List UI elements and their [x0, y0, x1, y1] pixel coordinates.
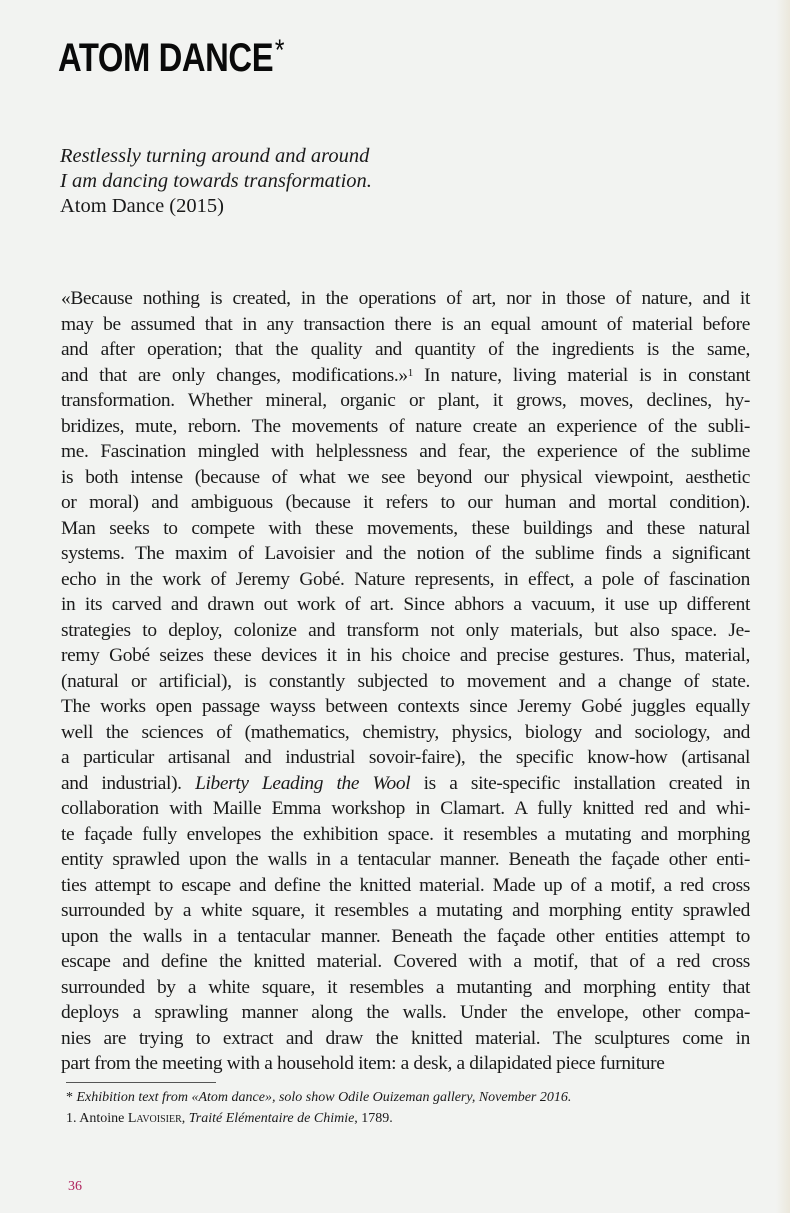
body-line-text: bridizes, mute, reborn. The movements of…: [61, 416, 750, 437]
page-title: ATOM DANCE*: [58, 38, 284, 78]
body-line: in its carved and drawn out work of art.…: [61, 592, 750, 618]
epigraph-attribution: Atom Dance (2015): [60, 194, 372, 219]
body-line-text: is both intense (because of what we see …: [61, 467, 750, 488]
body-line: is both intense (because of what we see …: [61, 465, 750, 491]
body-line-text: upon the walls in a tentacular manner. B…: [61, 926, 750, 947]
footnote-1-title: Traité Elémentaire de Chimie: [189, 1111, 355, 1126]
body-line: upon the walls in a tentacular manner. B…: [61, 924, 750, 950]
body-line-text: The works open passage wayss between con…: [61, 696, 750, 717]
body-line-text: surrounded by a white square, it resembl…: [61, 977, 750, 998]
body-line-text: strategies to deploy, colonize and trans…: [61, 620, 750, 641]
body-line-text: (natural or artificial), is constantly s…: [61, 671, 750, 692]
body-line: The works open passage wayss between con…: [61, 694, 750, 720]
page-number: 36: [68, 1179, 82, 1195]
body-line-text: In nature, living material is in constan…: [413, 365, 750, 386]
body-line: may be assumed that in any transaction t…: [61, 312, 750, 338]
body-line-text: part from the meeting with a household i…: [61, 1053, 664, 1074]
body-line: and after operation; that the quality an…: [61, 337, 750, 363]
footnote-1-number: 1.: [66, 1111, 77, 1126]
body-line-text: may be assumed that in any transaction t…: [61, 314, 750, 335]
body-line: well the sciences of (mathematics, chemi…: [61, 720, 750, 746]
footnote-1-author-first: Antoine: [79, 1111, 124, 1126]
title-footnote-marker: *: [275, 34, 284, 67]
body-line: systems. The maxim of Lavoisier and the …: [61, 541, 750, 567]
body-line: te façade fully envelopes the exhibition…: [61, 822, 750, 848]
body-line-text: «Because nothing is created, in the oper…: [61, 288, 750, 309]
body-line: and industrial). Liberty Leading the Woo…: [61, 771, 750, 797]
body-line: part from the meeting with a household i…: [61, 1051, 750, 1077]
body-line-text: te façade fully envelopes the exhibition…: [61, 824, 750, 845]
footnote-reference[interactable]: 1: [408, 367, 413, 379]
body-line: (natural or artificial), is constantly s…: [61, 669, 750, 695]
epigraph: Restlessly turning around and around I a…: [60, 144, 372, 219]
footnotes: * Exhibition text from «Atom dance», sol…: [66, 1087, 571, 1129]
body-line: Man seeks to compete with these movement…: [61, 516, 750, 542]
body-line-text: Man seeks to compete with these movement…: [61, 518, 750, 539]
body-line-text: transformation. Whether mineral, organic…: [61, 390, 750, 411]
body-line-text: echo in the work of Jeremy Gobé. Nature …: [61, 569, 750, 590]
footnote-star-text: Exhibition text from «Atom dance», solo …: [77, 1090, 572, 1105]
body-line-text: surrounded by a white square, it resembl…: [61, 900, 750, 921]
footnote-divider: [66, 1082, 216, 1083]
body-line: me. Fascination mingled with helplessnes…: [61, 439, 750, 465]
body-line-text: escape and define the knitted material. …: [61, 951, 750, 972]
footnote-star-marker: *: [66, 1090, 73, 1105]
body-line-text: in its carved and drawn out work of art.…: [61, 594, 750, 615]
body-line: nies are trying to extract and draw the …: [61, 1026, 750, 1052]
body-line: transformation. Whether mineral, organic…: [61, 388, 750, 414]
artwork-title: Liberty Leading the Wool: [195, 773, 410, 794]
body-line-text: and after operation; that the quality an…: [61, 339, 750, 360]
body-line-text: a particular artisanal and industrial so…: [61, 747, 750, 768]
footnote-1-year: , 1789.: [354, 1111, 393, 1126]
body-line: remy Gobé seizes these devices it in his…: [61, 643, 750, 669]
epigraph-line-1: Restlessly turning around and around: [60, 144, 372, 169]
body-line: strategies to deploy, colonize and trans…: [61, 618, 750, 644]
body-line: a particular artisanal and industrial so…: [61, 745, 750, 771]
body-line-text: ties attempt to escape and define the kn…: [61, 875, 750, 896]
page-edge-shadow: [776, 0, 790, 1213]
body-line: ties attempt to escape and define the kn…: [61, 873, 750, 899]
body-line-text: nies are trying to extract and draw the …: [61, 1028, 750, 1049]
footnote-1-author-last: Lavoisier: [128, 1111, 182, 1126]
body-line: echo in the work of Jeremy Gobé. Nature …: [61, 567, 750, 593]
body-line-text: well the sciences of (mathematics, chemi…: [61, 722, 750, 743]
body-line: and that are only changes, modifications…: [61, 363, 750, 389]
body-line-text: and that are only changes, modifications…: [61, 365, 408, 386]
body-line-text: and industrial).: [61, 773, 195, 794]
body-line: «Because nothing is created, in the oper…: [61, 286, 750, 312]
body-line-text: systems. The maxim of Lavoisier and the …: [61, 543, 750, 564]
body-line-text: deploys a sprawling manner along the wal…: [61, 1002, 750, 1023]
body-line-text: or moral) and ambiguous (because it refe…: [61, 492, 750, 513]
body-line-text: is a site-specific installation created …: [410, 773, 750, 794]
footnote-1: 1. Antoine Lavoisier, Traité Elémentaire…: [66, 1108, 571, 1129]
body-line-text: entity sprawled upon the walls in a tent…: [61, 849, 750, 870]
body-line: surrounded by a white square, it resembl…: [61, 975, 750, 1001]
body-line-text: me. Fascination mingled with helplessnes…: [61, 441, 750, 462]
body-line: bridizes, mute, reborn. The movements of…: [61, 414, 750, 440]
footnote-star: * Exhibition text from «Atom dance», sol…: [66, 1087, 571, 1108]
body-line: deploys a sprawling manner along the wal…: [61, 1000, 750, 1026]
body-line-text: remy Gobé seizes these devices it in his…: [61, 645, 750, 666]
body-line: surrounded by a white square, it resembl…: [61, 898, 750, 924]
body-line: collaboration with Maille Emma workshop …: [61, 796, 750, 822]
epigraph-line-2: I am dancing towards transformation.: [60, 169, 372, 194]
body-line-text: collaboration with Maille Emma workshop …: [61, 798, 750, 819]
body-paragraph: «Because nothing is created, in the oper…: [61, 286, 750, 1077]
body-line: entity sprawled upon the walls in a tent…: [61, 847, 750, 873]
body-line: or moral) and ambiguous (because it refe…: [61, 490, 750, 516]
title-text: ATOM DANCE: [58, 36, 273, 80]
body-line: escape and define the knitted material. …: [61, 949, 750, 975]
